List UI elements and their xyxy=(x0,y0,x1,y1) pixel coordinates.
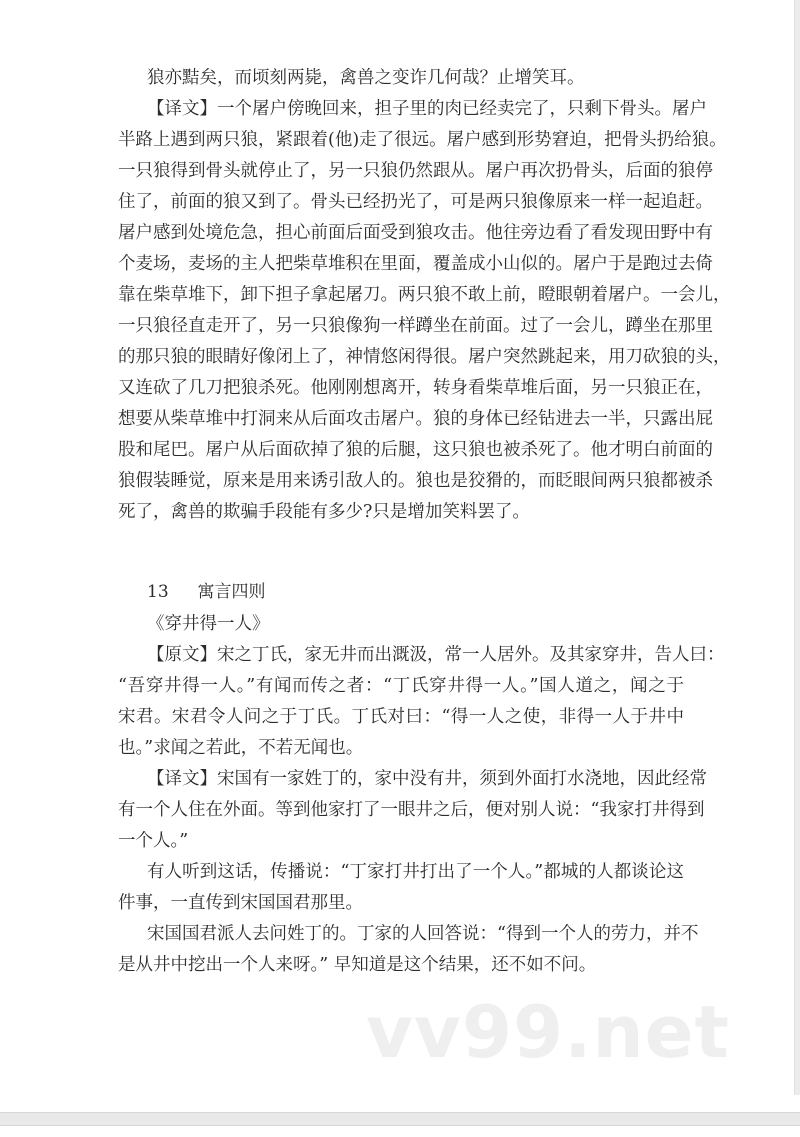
document-page: 狼亦黠矣，而顷刻两毙，禽兽之变诈几何哉？止增笑耳。 【译文】一个屠户傍晚回来，担… xyxy=(0,0,795,1095)
chapter-heading: 13 寓言四则 xyxy=(147,580,265,604)
paragraph-line: 想要从柴草堆中打洞来从后面攻击屠户。狼的身体已经钻进去一半，只露出屁 xyxy=(118,407,684,431)
page-separator xyxy=(0,1112,800,1126)
watermark: vv99.net xyxy=(366,992,730,1072)
paragraph-line: 屠户感到处境危急，担心前面后面受到狼攻击。他往旁边看了看发现田野中有 xyxy=(118,221,684,245)
paragraph-line: “吾穿井得一人。”有闻而传之者：“丁氏穿井得一人。”国人道之，闻之于 xyxy=(118,674,684,698)
paragraph-line: 住了，前面的狼又到了。骨头已经扔光了，可是两只狼像原来一样一起追赶。 xyxy=(118,190,684,214)
paragraph-line: 宋国国君派人去问姓丁的。丁家的人回答说：“得到一个人的劳力，并不 xyxy=(147,922,684,946)
paragraph-line: 的那只狼的眼睛好像闭上了，神情悠闲得很。屠户突然跳起来，用刀砍狼的头， xyxy=(118,345,684,369)
paragraph-line: 狼假装睡觉，原来是用来诱引敌人的。狼也是狡猾的，而眨眼间两只狼都被杀 xyxy=(118,469,684,493)
paragraph-line: 也。”求闻之若此，不若无闻也。 xyxy=(118,736,363,760)
paragraph-line: 一只狼径直走开了，另一只狼像狗一样蹲坐在前面。过了一会儿，蹲坐在那里 xyxy=(118,314,684,338)
paragraph-line: 有一个人住在外面。等到他家打了一眼井之后，便对别人说：“我家打井得到 xyxy=(118,798,684,822)
paragraph-line: 是从井中挖出一个人来呀。” 早知道是这个结果，还不如不问。 xyxy=(118,953,596,977)
paragraph-line: 狼亦黠矣，而顷刻两毙，禽兽之变诈几何哉？止增笑耳。 xyxy=(147,66,585,90)
paragraph-line: 【原文】宋之丁氏，家无井而出溉汲，常一人居外。及其家穿井，告人曰： xyxy=(147,643,684,667)
paragraph-line: 【译文】一个屠户傍晚回来，担子里的肉已经卖完了，只剩下骨头。屠户 xyxy=(147,97,684,121)
paragraph-line: 又连砍了几刀把狼杀死。他刚刚想离开，转身看柴草堆后面，另一只狼正在， xyxy=(118,376,684,400)
paragraph-line: 有人听到这话，传播说：“丁家打井打出了一个人。”都城的人都谈论这 xyxy=(147,860,684,884)
paragraph-line: 死了，禽兽的欺骗手段能有多少?只是增加笑料罢了。 xyxy=(118,500,530,524)
paragraph-line: 半路上遇到两只狼，紧跟着(他)走了很远。屠户感到形势窘迫，把骨头扔给狼。 xyxy=(118,128,684,152)
chapter-number: 13 xyxy=(147,582,169,602)
paragraph-line: 股和尾巴。屠户从后面砍掉了狼的后腿，这只狼也被杀死了。他才明白前面的 xyxy=(118,438,684,462)
paragraph-line: 一个人。” xyxy=(118,829,188,853)
paragraph-line: 件事，一直传到宋国国君那里。 xyxy=(118,891,363,915)
chapter-title: 寓言四则 xyxy=(197,582,265,602)
paragraph-line: 【译文】宋国有一家姓丁的，家中没有井，须到外面打水浇地，因此经常 xyxy=(147,767,684,791)
story-title: 《穿井得一人》 xyxy=(147,612,270,636)
paragraph-line: 一只狼得到骨头就停止了，另一只狼仍然跟从。屠户再次扔骨头，后面的狼停 xyxy=(118,159,684,183)
paragraph-line: 宋君。宋君令人问之于丁氏。丁氏对曰：“得一人之使，非得一人于井中 xyxy=(118,705,684,729)
paragraph-line: 个麦场，麦场的主人把柴草堆积在里面，覆盖成小山似的。屠户于是跑过去倚 xyxy=(118,252,684,276)
vertical-scrollbar[interactable] xyxy=(794,0,800,1095)
paragraph-line: 靠在柴草堆下，卸下担子拿起屠刀。两只狼不敢上前，瞪眼朝着屠户。一会儿， xyxy=(118,283,684,307)
